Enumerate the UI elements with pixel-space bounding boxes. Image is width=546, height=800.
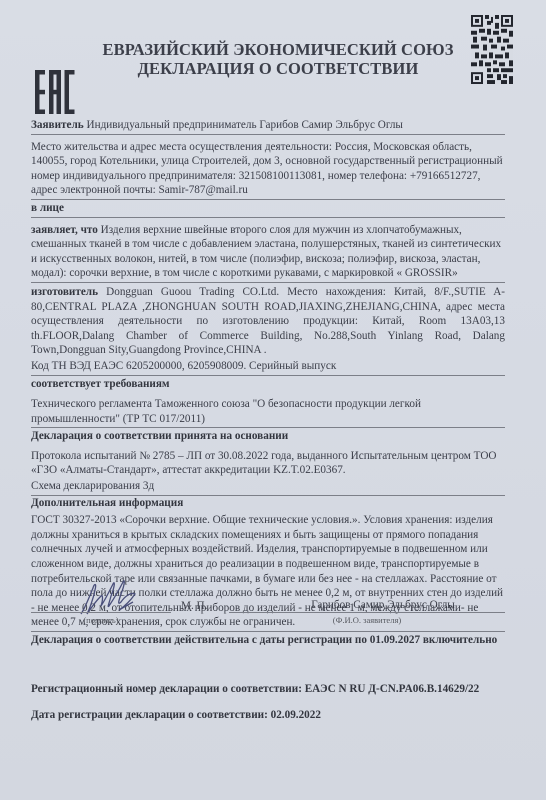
declaration-scheme: Схема декларирования 3д xyxy=(31,478,505,496)
qr-code-icon[interactable] xyxy=(471,15,513,84)
name-line xyxy=(229,612,505,613)
basis-value: Протокола испытаний № 2785 – ЛП от 30.08… xyxy=(31,449,505,478)
product-description: заявляет, что Изделия верхние швейные вт… xyxy=(31,222,505,283)
declaration-document: ЕВРАЗИЙСКИЙ ЭКОНОМИЧЕСКИЙ СОЮЗ ДЕКЛАРАЦИ… xyxy=(0,0,546,800)
hs-code: Код ТН ВЭД ЕАЭС 6205200000, 6205908009. … xyxy=(31,358,505,376)
title-union: ЕВРАЗИЙСКИЙ ЭКОНОМИЧЕСКИЙ СОЮЗ xyxy=(0,40,546,59)
applicant-value: Индивидуальный предприниматель Гарибов С… xyxy=(84,119,403,131)
declares-value: Изделия верхние швейные второго слоя для… xyxy=(31,224,501,280)
eac-logo-icon xyxy=(35,70,75,114)
manufacturer-label: изготовитель xyxy=(31,286,98,298)
manufacturer-row: изготовитель Dongguan Guoou Trading CO.L… xyxy=(31,285,505,358)
conforms-value: Технического регламента Таможенного союз… xyxy=(31,396,505,428)
applicant-row: Заявитель Индивидуальный предприниматель… xyxy=(31,117,505,135)
additional-info-label: Дополнительная информация xyxy=(31,496,505,511)
basis-label: Декларация о соответствии принята на осн… xyxy=(31,428,505,445)
signature-line xyxy=(31,612,171,613)
registration-number: Регистрационный номер декларации о соотв… xyxy=(31,683,521,695)
declares-label: заявляет, что xyxy=(31,224,98,236)
signature-block: (подпись) М. П. Гарибов Самир Эльбрус Ог… xyxy=(31,590,505,640)
declaration-body: Заявитель Индивидуальный предприниматель… xyxy=(31,117,505,648)
represented-by-label: в лице xyxy=(31,200,505,218)
name-caption: (Ф.И.О. заявителя) xyxy=(229,615,505,625)
conforms-label: соответствует требованиям xyxy=(31,376,505,393)
stamp-label: М. П. xyxy=(181,600,207,612)
applicant-name: Гарибов Самир Эльбрус Оглы xyxy=(261,599,505,611)
manufacturer-value: Dongguan Guoou Trading CO.Ltd. Место нах… xyxy=(31,286,505,356)
document-title: ЕВРАЗИЙСКИЙ ЭКОНОМИЧЕСКИЙ СОЮЗ ДЕКЛАРАЦИ… xyxy=(0,40,546,78)
title-declaration: ДЕКЛАРАЦИЯ О СООТВЕТСТВИИ xyxy=(0,59,546,78)
registration-date: Дата регистрации декларации о соответств… xyxy=(31,709,521,721)
signature-caption: (подпись) xyxy=(31,615,171,625)
applicant-label: Заявитель xyxy=(31,119,84,131)
applicant-address: Место жительства и адрес места осуществл… xyxy=(31,139,505,200)
